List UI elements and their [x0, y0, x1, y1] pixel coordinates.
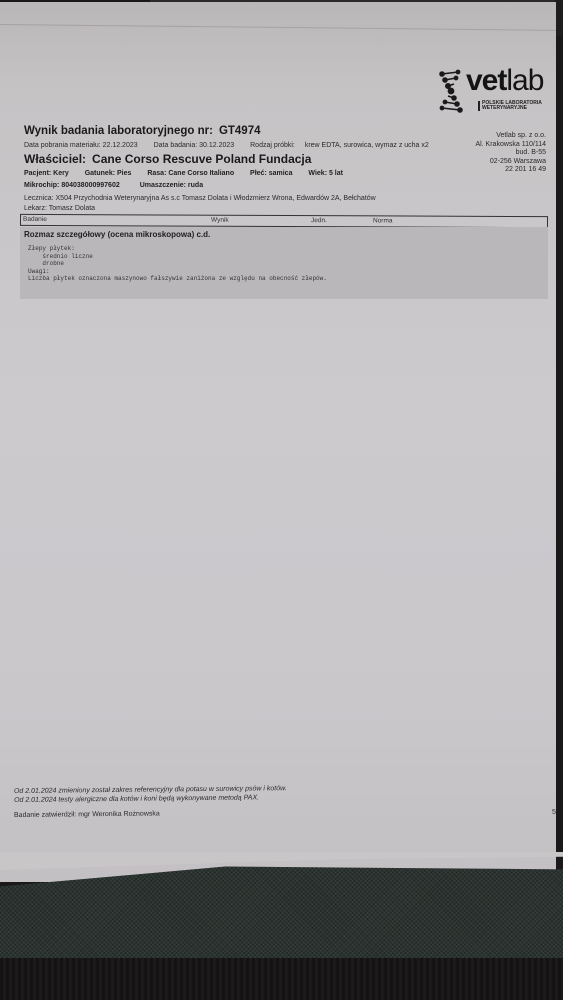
patient-age: Wiek: 5 lat — [308, 170, 343, 177]
report-title: Wynik badania laboratoryjnego nr:GT4974 — [24, 125, 261, 137]
result-line: Liczba płytek oznaczona maszynowo fałszy… — [28, 275, 327, 283]
page-number: 5 — [552, 809, 556, 816]
column-jedn: Jedn. — [311, 217, 327, 224]
exam-date: Data badania: 30.12.2023 — [154, 142, 235, 149]
background-corner — [555, 0, 563, 36]
dark-background — [0, 958, 563, 1000]
logo-subtitle: POLSKIE LABORATORIAWETERYNARYJNE — [478, 101, 542, 111]
patient-name: Pacjent: Kery — [24, 170, 69, 177]
section-title: Rozmaz szczegółowy (ocena mikroskopowa) … — [24, 230, 210, 239]
column-norma: Norma — [373, 217, 393, 224]
sample-date: Data pobrania materiału: 22.12.2023 — [24, 142, 138, 149]
coat-color: Umaszczenie: ruda — [140, 182, 203, 189]
patient-species: Gatunek: Pies — [85, 170, 132, 177]
result-lines: Złepy płytek: średnio liczne drobne Uwag… — [28, 245, 327, 283]
owner: Właściciel:Cane Corso Rescuve Poland Fun… — [24, 152, 311, 166]
patient-id-info: Mikrochip: 804038000997602 Umaszczenie: … — [24, 182, 221, 189]
result-line: Uwagi: — [28, 268, 327, 276]
patient-sex: Płeć: samica — [250, 170, 292, 177]
paper-fold-line — [0, 24, 556, 31]
vetlab-logo: vetlab POLSKIE LABORATORIAWETERYNARYJNE — [436, 66, 551, 116]
result-line: drobne — [28, 260, 327, 268]
company-address: Vetlab sp. z o.o. Al. Krakowska 110/114 … — [475, 132, 546, 175]
microchip: Mikrochip: 804038000997602 — [24, 182, 120, 189]
results-table-header: Badanie Wynik Jedn. Norma — [20, 214, 548, 228]
report-number: GT4974 — [219, 125, 261, 137]
patient-breed: Rasa: Cane Corso Italiano — [147, 170, 234, 177]
result-line: Złepy płytek: — [28, 245, 327, 253]
dna-helix-icon — [436, 68, 466, 114]
column-badanie: Badanie — [23, 216, 47, 223]
sample-type-label: Rodzaj próbki: — [250, 142, 295, 149]
column-wynik: Wynik — [211, 217, 229, 224]
clinic: Lecznica: X504 Przychodnia Weterynaryjna… — [24, 195, 376, 202]
patient-info: Pacjent: Kery Gatunek: Pies Rasa: Cane C… — [24, 170, 357, 177]
logo-wordmark: vetlab — [466, 64, 543, 98]
owner-name: Cane Corso Rescuve Poland Fundacja — [92, 152, 311, 166]
doctor: Lekarz: Tomasz Dolata — [24, 205, 95, 212]
result-line: średnio liczne — [28, 253, 327, 261]
footer-notes: Od 2.01.2024 zmieniony został zakres ref… — [14, 784, 287, 805]
sample-type: krew EDTA, surowica, wymaz z ucha x2 — [305, 142, 429, 149]
sample-meta: Data pobrania materiału: 22.12.2023 Data… — [24, 142, 443, 149]
